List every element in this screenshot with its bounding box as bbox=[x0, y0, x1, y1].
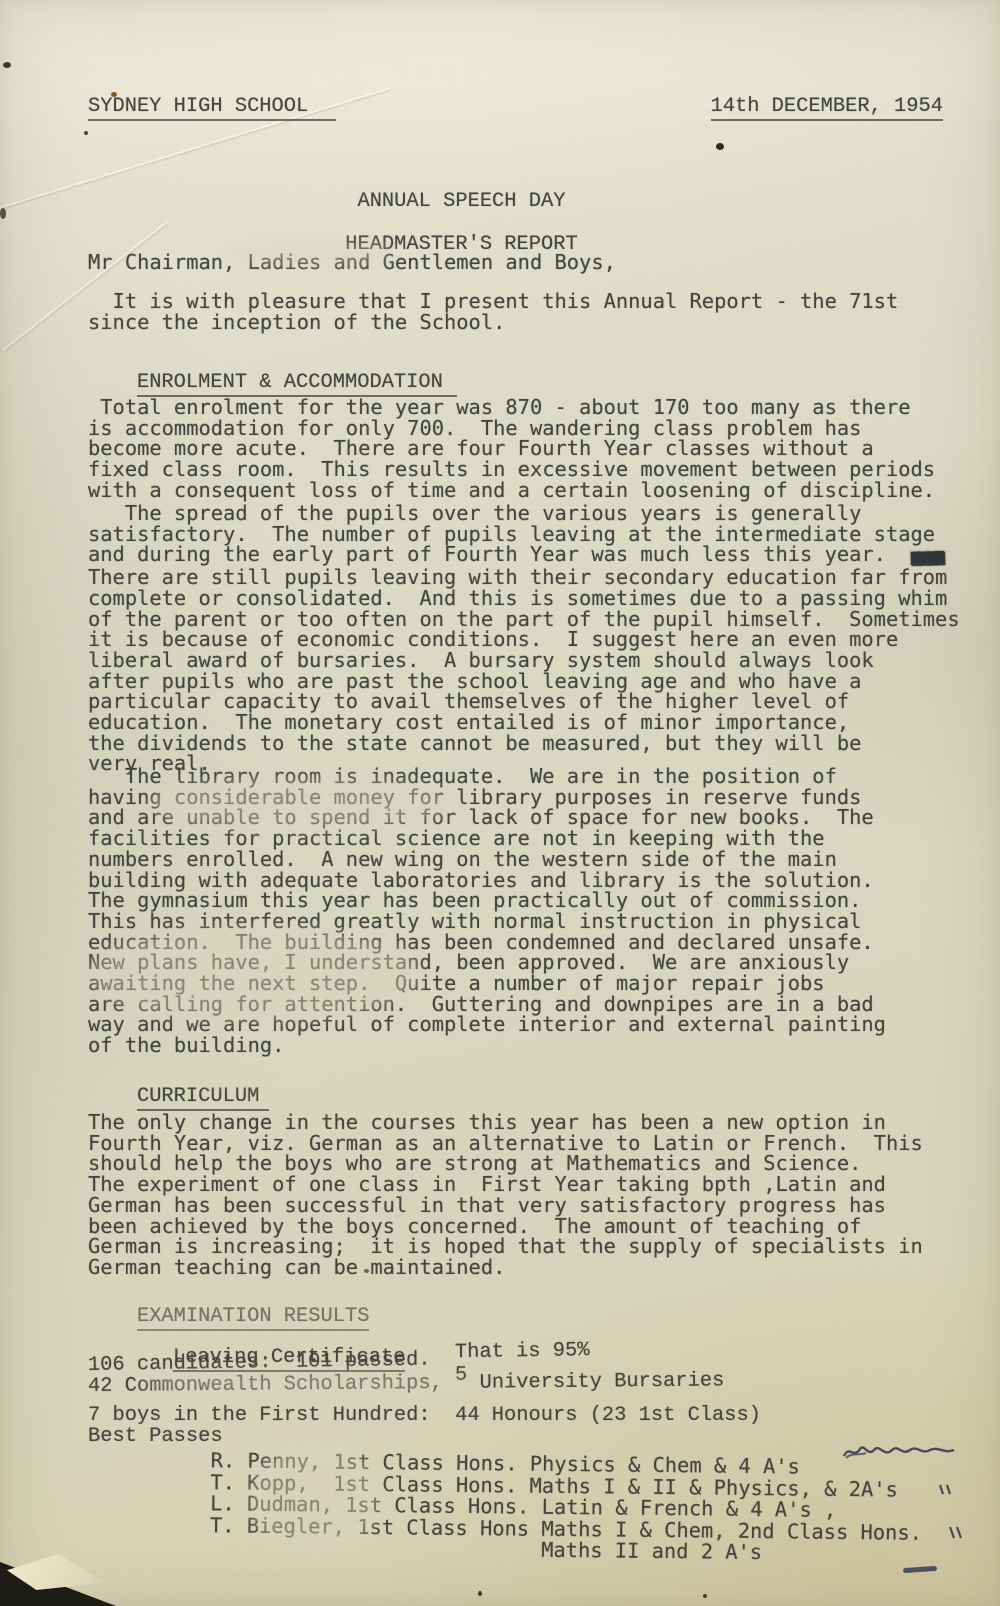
paper-stain-speck bbox=[0, 208, 6, 219]
scrawl-stroke bbox=[846, 1453, 866, 1458]
title-text: ANNUAL SPEECH DAY bbox=[357, 190, 565, 213]
torn-corner bbox=[0, 1546, 130, 1606]
struck-out-word: ▆▆▆▆ bbox=[910, 546, 943, 568]
paper-stain-speck bbox=[3, 62, 11, 68]
paper-stain-speck bbox=[703, 1594, 707, 1598]
paragraph-text: The spread of the pupils over the variou… bbox=[88, 501, 935, 566]
stat-text: University Bursaries bbox=[467, 1369, 724, 1394]
exam-stat-first-hundred: 7 boys in the First Hundred: 44 Honours … bbox=[88, 1406, 761, 1427]
best-passes-list: R. Penny, 1st Class Hons. Physics & Chem… bbox=[87, 1449, 923, 1566]
heading-text: ENROLMENT & ACCOMMODATION bbox=[137, 371, 457, 397]
ditto-stroke bbox=[940, 1485, 950, 1494]
salutation: Mr Chairman, Ladies and Gentlemen and Bo… bbox=[88, 252, 616, 273]
school-name: SYDNEY HIGH SCHOOL bbox=[88, 97, 336, 121]
stat-text: 42 Commonwealth Scholarships, bbox=[88, 1372, 455, 1398]
enrolment-paragraph-1: Total enrolment for the year was 870 - a… bbox=[88, 397, 935, 501]
ditto-stroke bbox=[950, 1527, 961, 1538]
stat-text-raised: That is 95% bbox=[455, 1341, 590, 1364]
paragraph-text: There are still pupils leaving with thei… bbox=[88, 565, 960, 775]
curriculum-paragraph: The only change in the courses this year… bbox=[88, 1112, 923, 1278]
exam-stat-scholarships: 42 Commonwealth Scholarships, 5 Universi… bbox=[88, 1371, 724, 1397]
enrolment-paragraph-2: The spread of the pupils over the variou… bbox=[88, 503, 960, 774]
ink-dot bbox=[716, 143, 724, 150]
underline-dash bbox=[903, 1566, 937, 1573]
paper-stain-speck bbox=[364, 1269, 369, 1273]
ditto-mark bbox=[946, 1525, 964, 1541]
report-date: 14th DECEMBER, 1954 bbox=[711, 97, 944, 121]
document-page: SYDNEY HIGH SCHOOL 14th DECEMBER, 1954 A… bbox=[0, 0, 1000, 1606]
document-header: SYDNEY HIGH SCHOOL 14th DECEMBER, 1954 bbox=[88, 97, 943, 121]
intro-paragraph: It is with pleasure that I present this … bbox=[88, 291, 898, 332]
paper-stain-speck bbox=[84, 131, 88, 135]
heading-text: CURRICULUM bbox=[137, 1085, 269, 1111]
ditto-mark bbox=[936, 1483, 954, 1497]
enrolment-paragraph-3: The library room is inadequate. We are i… bbox=[88, 766, 886, 1056]
handwritten-scrawl bbox=[840, 1438, 962, 1464]
best-passes-label: Best Passes bbox=[88, 1427, 223, 1448]
paper-stain-speck bbox=[478, 1591, 482, 1596]
stat-text-raised: 5 bbox=[455, 1366, 467, 1387]
paper-stain-speck bbox=[111, 92, 117, 97]
